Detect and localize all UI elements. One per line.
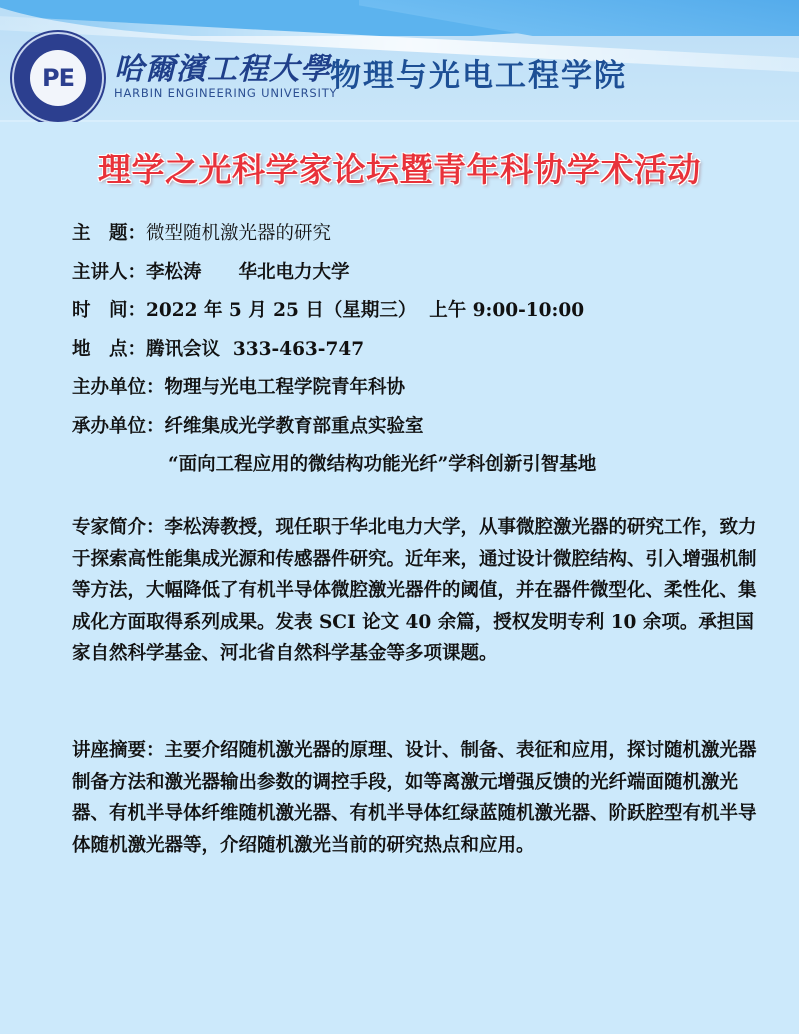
- university-name-cn: 哈爾濱工程大學: [114, 44, 331, 88]
- speaker-value: 李松涛 华北电力大学: [146, 261, 350, 285]
- co-organizer-value: 纤维集成光学教育部重点实验室: [165, 415, 424, 439]
- header-banner: PE 哈爾濱工程大學 HARBIN ENGINEERING UNIVERSITY…: [0, 0, 799, 122]
- organizer-value: 物理与光电工程学院青年科协: [165, 376, 406, 400]
- location-value: 腾讯会议 333-463-747: [146, 338, 364, 362]
- lecture-abstract: 讲座摘要：主要介绍随机激光器的原理、设计、制备、表征和应用，探讨随机激光器制备方…: [72, 735, 772, 861]
- speaker-bio: 专家简介：李松涛教授，现任职于华北电力大学，从事微腔激光器的研究工作，致力于探索…: [72, 512, 772, 670]
- info-row-speaker: 主讲人： 李松涛 华北电力大学: [72, 261, 772, 300]
- event-title: 理学之光科学家论坛暨青年科协学术活动: [0, 144, 799, 191]
- co-organizer-label: 承办单位：: [72, 415, 165, 439]
- logo-pe-text: PE: [42, 64, 74, 92]
- abstract-text: 主要介绍随机激光器的原理、设计、制备、表征和应用，探讨随机激光器制备方法和激光器…: [72, 740, 757, 856]
- location-label: 地 点：: [72, 338, 146, 362]
- info-row-co-organizer: 承办单位： 纤维集成光学教育部重点实验室: [72, 415, 772, 454]
- info-row-organizer: 主办单位： 物理与光电工程学院青年科协: [72, 376, 772, 415]
- university-name-en: HARBIN ENGINEERING UNIVERSITY: [114, 86, 337, 100]
- info-row-time: 时 间： 2022 年 5 月 25 日（星期三） 上午 9:00-10:00: [72, 299, 772, 338]
- college-name: 物理与光电工程学院: [330, 50, 627, 95]
- info-row-co-organizer-2: “面向工程应用的微结构功能光纤”学科创新引智基地: [72, 453, 772, 492]
- time-value: 2022 年 5 月 25 日（星期三） 上午 9:00-10:00: [146, 299, 584, 323]
- event-info-list: 主 题： 微型随机激光器的研究 主讲人： 李松涛 华北电力大学 时 间： 202…: [72, 222, 772, 492]
- time-label: 时 间：: [72, 299, 146, 323]
- speaker-label: 主讲人：: [72, 261, 146, 285]
- university-logo-icon: PE: [12, 32, 104, 122]
- info-row-topic: 主 题： 微型随机激光器的研究: [72, 222, 772, 261]
- banner-divider: [0, 120, 799, 122]
- bio-label: 专家简介：: [72, 517, 165, 538]
- organizer-label: 主办单位：: [72, 376, 165, 400]
- bio-text: 李松涛教授，现任职于华北电力大学，从事微腔激光器的研究工作，致力于探索高性能集成…: [72, 517, 757, 664]
- info-row-location: 地 点： 腾讯会议 333-463-747: [72, 338, 772, 377]
- topic-value: 微型随机激光器的研究: [146, 222, 331, 246]
- topic-label: 主 题：: [72, 222, 146, 246]
- abstract-label: 讲座摘要：: [72, 740, 165, 761]
- co-organizer-value-2: “面向工程应用的微结构功能光纤”学科创新引智基地: [72, 453, 596, 477]
